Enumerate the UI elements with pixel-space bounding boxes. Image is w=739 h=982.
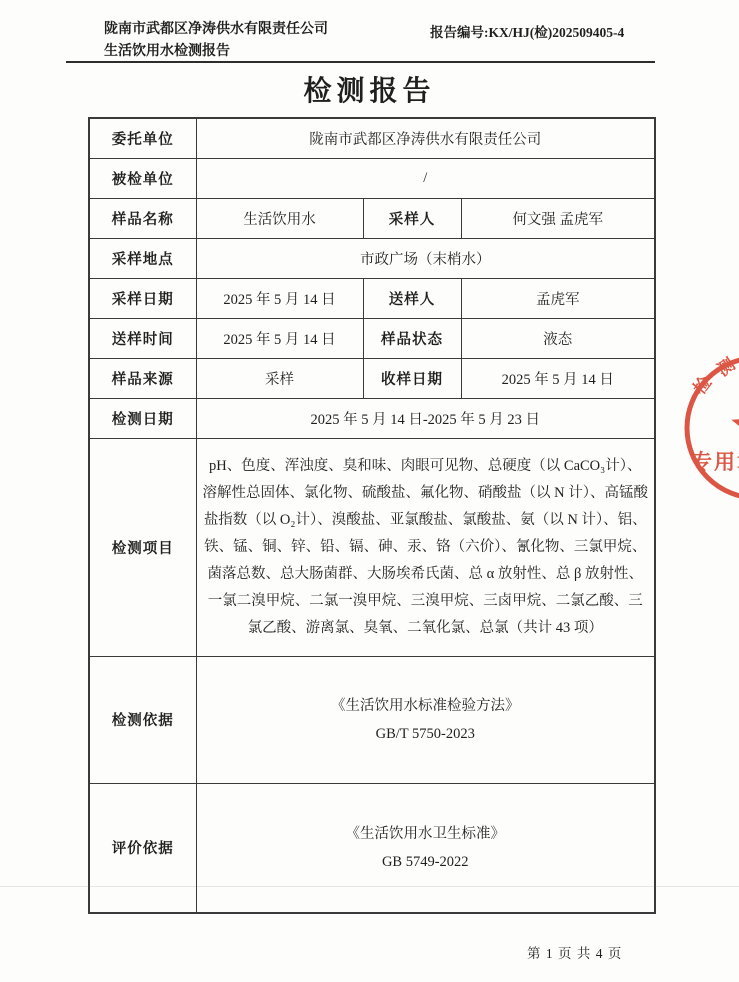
table-row: 样品来源 采样 收样日期 2025 年 5 月 14 日: [89, 358, 655, 398]
field-label-sampling-site: 采样地点: [89, 238, 196, 278]
report-number-label: 报告编号:: [430, 25, 489, 40]
test-basis-standard-name: 《生活饮用水标准检验方法》: [203, 692, 649, 720]
table-row: 检测项目 pH、色度、浑浊度、臭和味、肉眼可见物、总硬度（以 CaCO₃计）、溶…: [89, 438, 655, 656]
field-label-receipt-date: 收样日期: [363, 358, 461, 398]
stamp-star-icon: [731, 401, 739, 450]
field-value-sample-sender: 孟虎军: [461, 278, 655, 318]
header-company-name: 陇南市武都区净涛供水有限责任公司: [104, 19, 328, 41]
field-label-sample-name: 样品名称: [89, 198, 196, 238]
page-title: 检测报告: [0, 69, 739, 109]
field-label-sample-source: 样品来源: [89, 358, 196, 398]
field-value-sample-name: 生活饮用水: [196, 198, 363, 238]
field-value-sampler: 何文强 孟虎军: [461, 198, 655, 238]
field-value-sending-time: 2025 年 5 月 14 日: [196, 318, 363, 358]
field-value-receipt-date: 2025 年 5 月 14 日: [461, 358, 655, 398]
table-row: 样品名称 生活饮用水 采样人 何文强 孟虎军: [89, 198, 655, 238]
field-value-test-items: pH、色度、浑浊度、臭和味、肉眼可见物、总硬度（以 CaCO₃计）、溶解性总固体…: [196, 438, 655, 656]
field-value-sample-source: 采样: [196, 358, 363, 398]
scan-artifact-line: [0, 886, 739, 887]
field-label-sample-sender: 送样人: [363, 278, 461, 318]
report-number-value: KX/HJ(检)202509405-4: [489, 25, 625, 40]
table-row: 委托单位 陇南市武都区净涛供水有限责任公司: [89, 118, 655, 158]
field-value-eval-basis: 《生活饮用水卫生标准》 GB 5749-2022: [196, 783, 655, 913]
field-label-sampler: 采样人: [363, 198, 461, 238]
field-label-inspected-unit: 被检单位: [89, 158, 196, 198]
table-row: 被检单位 /: [89, 158, 655, 198]
page-footer: 第 1 页 共 4 页: [527, 942, 622, 962]
field-label-client: 委托单位: [89, 118, 196, 158]
eval-basis-standard-code: GB 5749-2022: [203, 848, 649, 876]
field-label-test-basis: 检测依据: [89, 656, 196, 783]
header-report-type: 生活饮用水检测报告: [104, 41, 328, 63]
table-row: 采样日期 2025 年 5 月 14 日 送样人 孟虎军: [89, 278, 655, 318]
field-label-test-items: 检测项目: [89, 438, 196, 656]
field-value-test-date: 2025 年 5 月 14 日-2025 年 5 月 23 日: [196, 398, 655, 438]
eval-basis-standard-name: 《生活饮用水卫生标准》: [203, 820, 649, 848]
field-value-inspected-unit: /: [196, 158, 655, 198]
report-info-table: 委托单位 陇南市武都区净涛供水有限责任公司 被检单位 / 样品名称 生活饮用水 …: [88, 117, 656, 914]
field-label-test-date: 检测日期: [89, 398, 196, 438]
field-value-test-basis: 《生活饮用水标准检验方法》 GB/T 5750-2023: [196, 656, 655, 783]
document-header-left: 陇南市武都区净涛供水有限责任公司 生活饮用水检测报告: [104, 19, 328, 63]
table-row: 检测依据 《生活饮用水标准检验方法》 GB/T 5750-2023: [89, 656, 655, 783]
test-basis-standard-code: GB/T 5750-2023: [203, 720, 649, 748]
table-row: 评价依据 《生活饮用水卫生标准》 GB 5749-2022: [89, 783, 655, 913]
report-page: 陇南市武都区净涛供水有限责任公司 生活饮用水检测报告 报告编号:KX/HJ(检)…: [0, 0, 739, 982]
stamp-bottom-text: 专用章: [691, 450, 739, 474]
field-value-sampling-site: 市政广场（末梢水）: [196, 238, 655, 278]
official-seal-stamp-icon: 检 测 专用章: [683, 352, 739, 512]
table-row: 采样地点 市政广场（末梢水）: [89, 238, 655, 278]
stamp-arc-char-2: 测: [714, 355, 739, 380]
field-value-sampling-date: 2025 年 5 月 14 日: [196, 278, 363, 318]
report-number: 报告编号:KX/HJ(检)202509405-4: [430, 21, 624, 41]
field-label-eval-basis: 评价依据: [89, 783, 196, 913]
field-label-sampling-date: 采样日期: [89, 278, 196, 318]
table-row: 送样时间 2025 年 5 月 14 日 样品状态 液态: [89, 318, 655, 358]
table-row: 检测日期 2025 年 5 月 14 日-2025 年 5 月 23 日: [89, 398, 655, 438]
field-value-client: 陇南市武都区净涛供水有限责任公司: [196, 118, 655, 158]
field-label-sending-time: 送样时间: [89, 318, 196, 358]
header-divider: [66, 61, 655, 63]
field-value-sample-state: 液态: [461, 318, 655, 358]
field-label-sample-state: 样品状态: [363, 318, 461, 358]
